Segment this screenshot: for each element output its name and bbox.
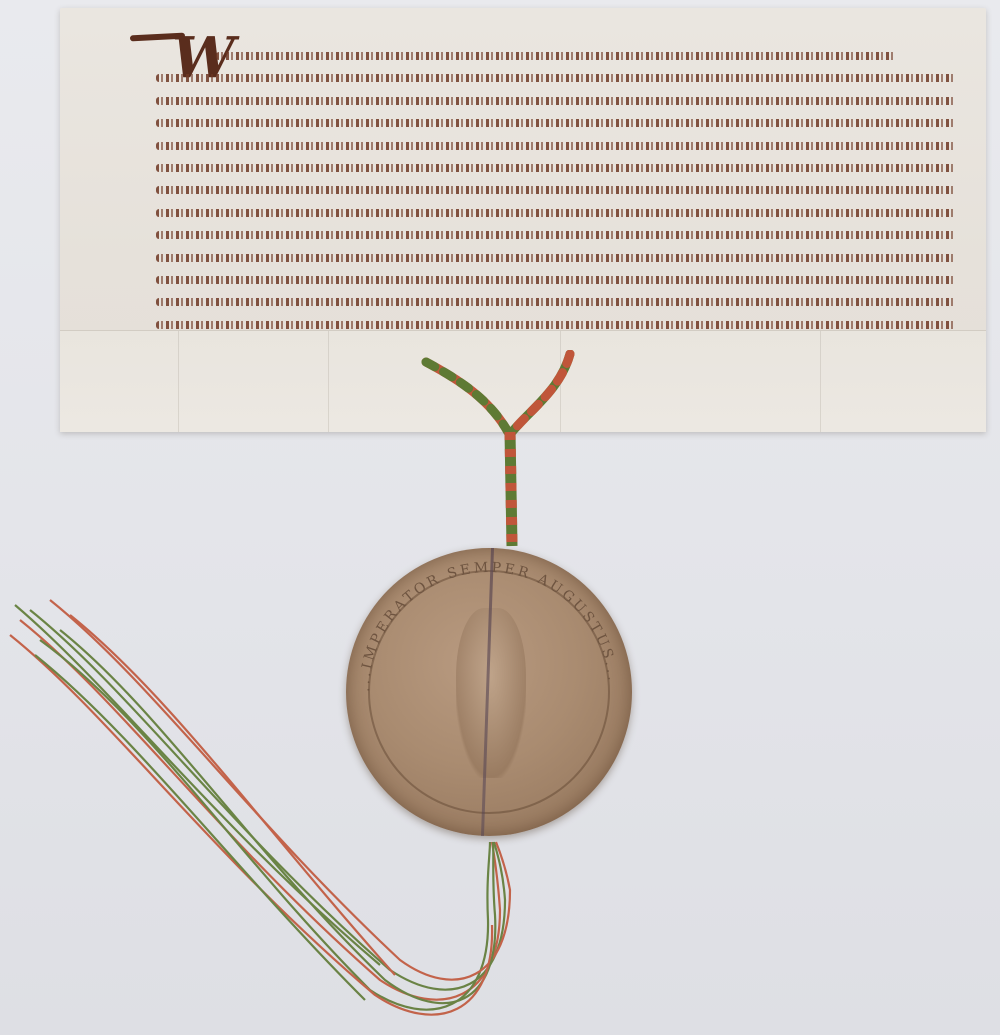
script-line [156, 158, 956, 180]
script-line [156, 68, 956, 90]
script-line [156, 91, 956, 113]
braided-cord [420, 350, 580, 550]
script-line [156, 270, 956, 292]
script-line [156, 225, 956, 247]
script-line [156, 248, 956, 270]
silk-tassel [0, 580, 560, 1035]
script-line [156, 180, 956, 202]
charter-text-block: Wir Ludwig von Gots genaden Römischer Ka… [156, 46, 956, 359]
script-line [156, 136, 956, 158]
script-line [156, 46, 956, 68]
script-line [156, 203, 956, 225]
script-line [156, 292, 956, 314]
script-line [156, 113, 956, 135]
